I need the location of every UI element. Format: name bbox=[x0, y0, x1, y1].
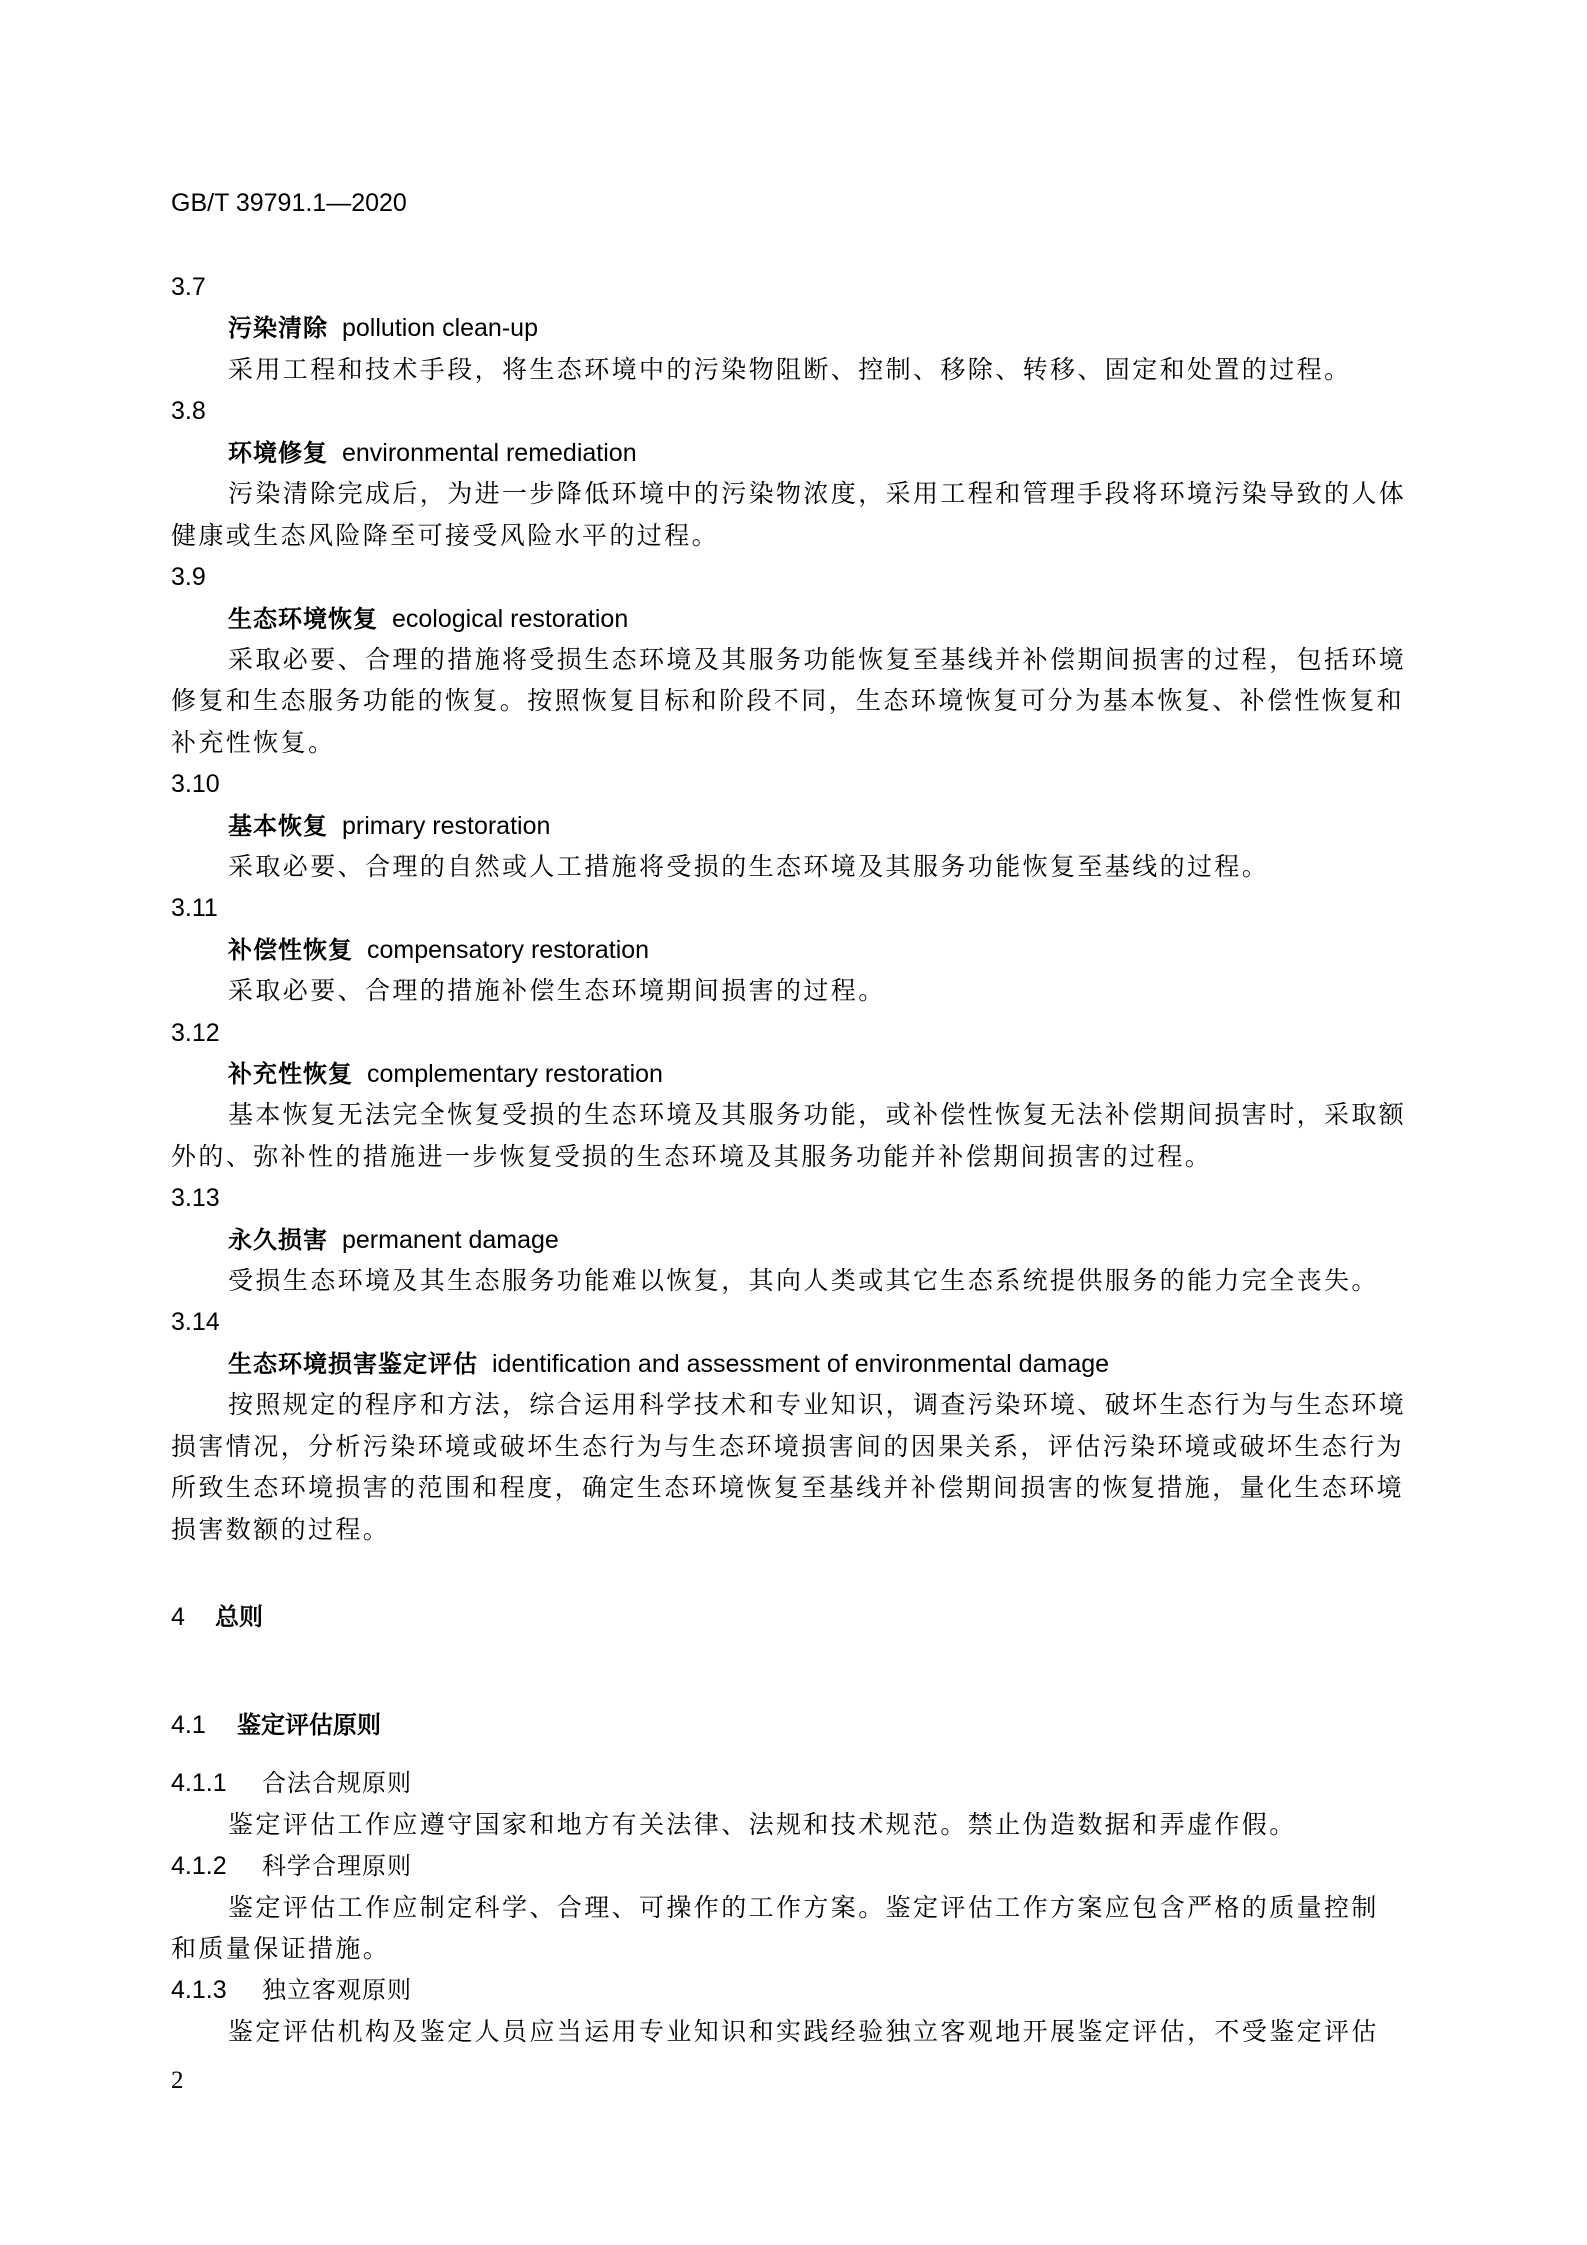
page-number: 2 bbox=[171, 2066, 184, 2096]
term-zh: 生态环境恢复 bbox=[228, 605, 378, 633]
definition-line: 采取必要、合理的措施将受损生态环境及其服务功能恢复至基线并补偿期间损害的过程，包… bbox=[228, 645, 1406, 675]
term-heading: 补充性恢复complementary restoration bbox=[228, 1059, 663, 1089]
subsection-number: 4.1.2 bbox=[171, 1852, 227, 1880]
term-number: 3.14 bbox=[171, 1307, 220, 1337]
definition-line: 修复和生态服务功能的恢复。按照恢复目标和阶段不同，生态环境恢复可分为基本恢复、补… bbox=[171, 686, 1404, 716]
subsection-title: 合法合规原则 bbox=[262, 1768, 412, 1798]
term-heading: 环境修复environmental remediation bbox=[228, 438, 637, 468]
subsection-heading: 4.1.1 合法合规原则 bbox=[171, 1768, 571, 1798]
term-number: 3.7 bbox=[171, 272, 206, 302]
term-number: 3.8 bbox=[171, 396, 206, 426]
subsection-number: 4.1.1 bbox=[171, 1769, 227, 1797]
term-zh: 污染清除 bbox=[228, 314, 328, 342]
term-en: complementary restoration bbox=[367, 1060, 663, 1088]
definition-line: 受损生态环境及其生态服务功能难以恢复，其向人类或其它生态系统提供服务的能力完全丧… bbox=[228, 1266, 1379, 1296]
term-zh: 基本恢复 bbox=[228, 812, 328, 840]
paragraph-line: 和质量保证措施。 bbox=[171, 1934, 390, 1964]
section-title: 鉴定评估原则 bbox=[237, 1710, 381, 1740]
paragraph-line: 鉴定评估机构及鉴定人员应当运用专业知识和实践经验独立客观地开展鉴定评估，不受鉴定… bbox=[228, 2017, 1379, 2047]
standard-code-header: GB/T 39791.1—2020 bbox=[171, 188, 407, 218]
term-en: pollution clean-up bbox=[342, 314, 538, 342]
term-number: 3.10 bbox=[171, 769, 220, 799]
definition-line: 按照规定的程序和方法，综合运用科学技术和专业知识，调查污染环境、破坏生态行为与生… bbox=[228, 1390, 1406, 1420]
term-zh: 环境修复 bbox=[228, 439, 328, 467]
chapter-title: 总则 bbox=[215, 1602, 263, 1632]
term-heading: 基本恢复primary restoration bbox=[228, 811, 550, 841]
term-en: compensatory restoration bbox=[367, 936, 649, 964]
definition-line: 基本恢复无法完全恢复受损的生态环境及其服务功能，或补偿性恢复无法补偿期间损害时，… bbox=[228, 1100, 1406, 1130]
term-en: environmental remediation bbox=[342, 439, 637, 467]
subsection-number: 4.1.3 bbox=[171, 1976, 227, 2004]
subsection-heading: 4.1.3 独立客观原则 bbox=[171, 1975, 571, 2005]
paragraph-line: 鉴定评估工作应遵守国家和地方有关法律、法规和技术规范。禁止伪造数据和弄虚作假。 bbox=[228, 1810, 1297, 1840]
term-en: ecological restoration bbox=[392, 605, 628, 633]
chapter-heading: 4 总则 bbox=[171, 1602, 571, 1632]
definition-line: 污染清除完成后，为进一步降低环境中的污染物浓度，采用工程和管理手段将环境污染导致… bbox=[228, 479, 1406, 509]
term-heading: 永久损害permanent damage bbox=[228, 1225, 559, 1255]
term-en: identification and assessment of environ… bbox=[492, 1350, 1109, 1378]
subsection-title: 科学合理原则 bbox=[262, 1851, 412, 1881]
definition-line: 补充性恢复。 bbox=[171, 728, 335, 758]
definition-line: 所致生态环境损害的范围和程度，确定生态环境恢复至基线并补偿期间损害的恢复措施，量… bbox=[171, 1473, 1404, 1503]
definition-line: 采取必要、合理的措施补偿生态环境期间损害的过程。 bbox=[228, 976, 886, 1006]
term-heading: 生态环境恢复ecological restoration bbox=[228, 604, 628, 634]
term-heading: 补偿性恢复compensatory restoration bbox=[228, 935, 649, 965]
term-zh: 生态环境损害鉴定评估 bbox=[228, 1350, 478, 1378]
definition-line: 采取必要、合理的自然或人工措施将受损的生态环境及其服务功能恢复至基线的过程。 bbox=[228, 852, 1269, 882]
definition-line: 损害数额的过程。 bbox=[171, 1515, 390, 1545]
term-number: 3.13 bbox=[171, 1183, 220, 1213]
definition-line: 外的、弥补性的措施进一步恢复受损的生态环境及其服务功能并补偿期间损害的过程。 bbox=[171, 1142, 1212, 1172]
term-number: 3.12 bbox=[171, 1018, 220, 1048]
term-number: 3.9 bbox=[171, 562, 206, 592]
definition-line: 健康或生态风险降至可接受风险水平的过程。 bbox=[171, 521, 719, 551]
definition-line: 采用工程和技术手段，将生态环境中的污染物阻断、控制、移除、转移、固定和处置的过程… bbox=[228, 355, 1351, 385]
term-zh: 补充性恢复 bbox=[228, 1060, 353, 1088]
term-en: permanent damage bbox=[342, 1226, 559, 1254]
paragraph-line: 鉴定评估工作应制定科学、合理、可操作的工作方案。鉴定评估工作方案应包含严格的质量… bbox=[228, 1893, 1379, 1923]
definition-line: 损害情况，分析污染环境或破坏生态行为与生态环境损害间的因果关系，评估污染环境或破… bbox=[171, 1432, 1404, 1462]
term-zh: 补偿性恢复 bbox=[228, 936, 353, 964]
term-heading: 污染清除pollution clean-up bbox=[228, 313, 538, 343]
section-number: 4.1 bbox=[171, 1711, 206, 1739]
term-number: 3.11 bbox=[171, 893, 218, 923]
term-heading: 生态环境损害鉴定评估identification and assessment … bbox=[228, 1349, 1109, 1379]
subsection-title: 独立客观原则 bbox=[262, 1975, 412, 2005]
term-zh: 永久损害 bbox=[228, 1226, 328, 1254]
term-en: primary restoration bbox=[342, 812, 550, 840]
section-heading: 4.1 鉴定评估原则 bbox=[171, 1710, 571, 1740]
chapter-number: 4 bbox=[171, 1603, 185, 1631]
subsection-heading: 4.1.2 科学合理原则 bbox=[171, 1851, 571, 1881]
